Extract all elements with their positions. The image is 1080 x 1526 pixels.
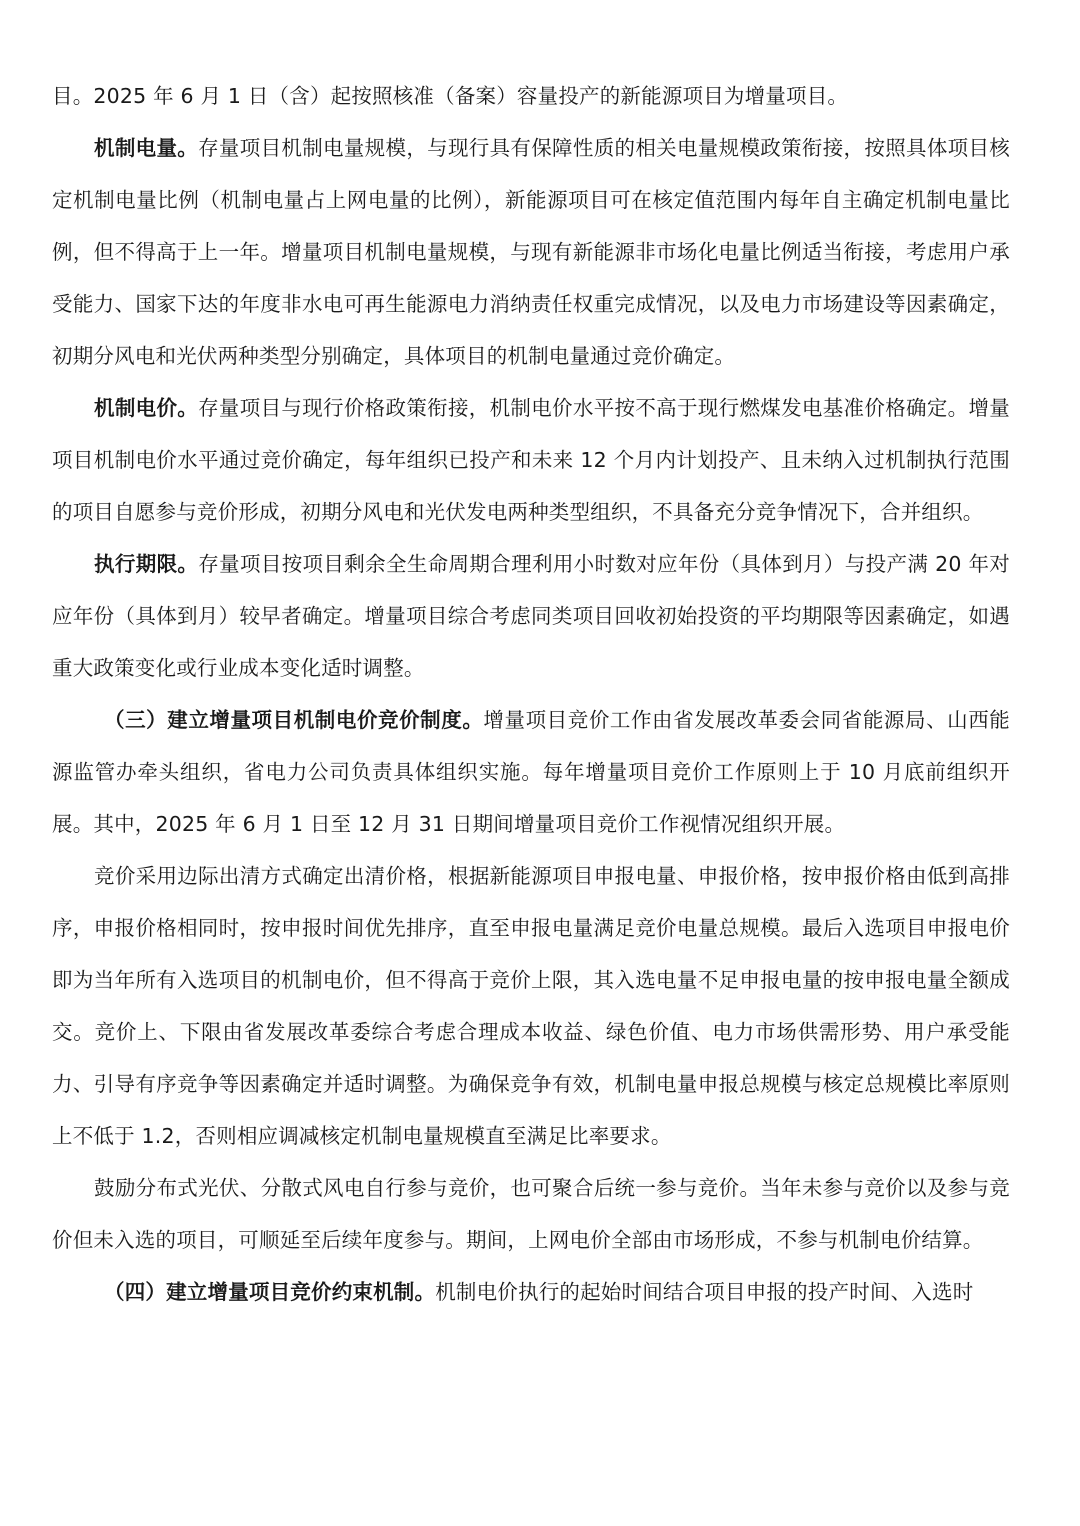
paragraph-bidding-method: 竞价采用边际出清方式确定出清价格，根据新能源项目申报电量、申报价格，按申报价格由… bbox=[52, 850, 1010, 1162]
paragraph-text: 鼓励分布式光伏、分散式风电自行参与竞价，也可聚合后统一参与竞价。当年未参与竞价以… bbox=[52, 1176, 1010, 1252]
paragraph-lead-heading: 机制电价。 bbox=[94, 396, 198, 420]
paragraph-mechanism-electricity: 机制电量。存量项目机制电量规模，与现行具有保障性质的相关电量规模政策衔接，按照具… bbox=[52, 122, 1010, 382]
paragraph-mechanism-price: 机制电价。存量项目与现行价格政策衔接，机制电价水平按不高于现行燃煤发电基准价格确… bbox=[52, 382, 1010, 538]
section-4-bidding-constraints: （四）建立增量项目竞价约束机制。机制电价执行的起始时间结合项目申报的投产时间、入… bbox=[52, 1266, 1010, 1318]
paragraph-execution-period: 执行期限。存量项目按项目剩余全生命周期合理利用小时数对应年份（具体到月）与投产满… bbox=[52, 538, 1010, 694]
paragraph-continuation: 目。2025 年 6 月 1 日（含）起按照核准（备案）容量投产的新能源项目为增… bbox=[52, 70, 1010, 122]
paragraph-lead-heading: 执行期限。 bbox=[94, 552, 198, 576]
paragraph-text: 存量项目机制电量规模，与现行具有保障性质的相关电量规模政策衔接，按照具体项目核定… bbox=[52, 136, 1010, 368]
paragraph-distributed-participation: 鼓励分布式光伏、分散式风电自行参与竞价，也可聚合后统一参与竞价。当年未参与竞价以… bbox=[52, 1162, 1010, 1266]
document-page: 目。2025 年 6 月 1 日（含）起按照核准（备案）容量投产的新能源项目为增… bbox=[52, 70, 1010, 1318]
section-3-bidding-system: （三）建立增量项目机制电价竞价制度。增量项目竞价工作由省发展改革委会同省能源局、… bbox=[52, 694, 1010, 850]
paragraph-text: 机制电价执行的起始时间结合项目申报的投产时间、入选时 bbox=[435, 1280, 973, 1304]
section-heading: （三）建立增量项目机制电价竞价制度。 bbox=[104, 708, 483, 732]
paragraph-text: 竞价采用边际出清方式确定出清价格，根据新能源项目申报电量、申报价格，按申报价格由… bbox=[52, 864, 1010, 1148]
paragraph-lead-heading: 机制电量。 bbox=[94, 136, 198, 160]
paragraph-text: 目。2025 年 6 月 1 日（含）起按照核准（备案）容量投产的新能源项目为增… bbox=[52, 84, 848, 108]
section-heading: （四）建立增量项目竞价约束机制。 bbox=[104, 1280, 435, 1304]
